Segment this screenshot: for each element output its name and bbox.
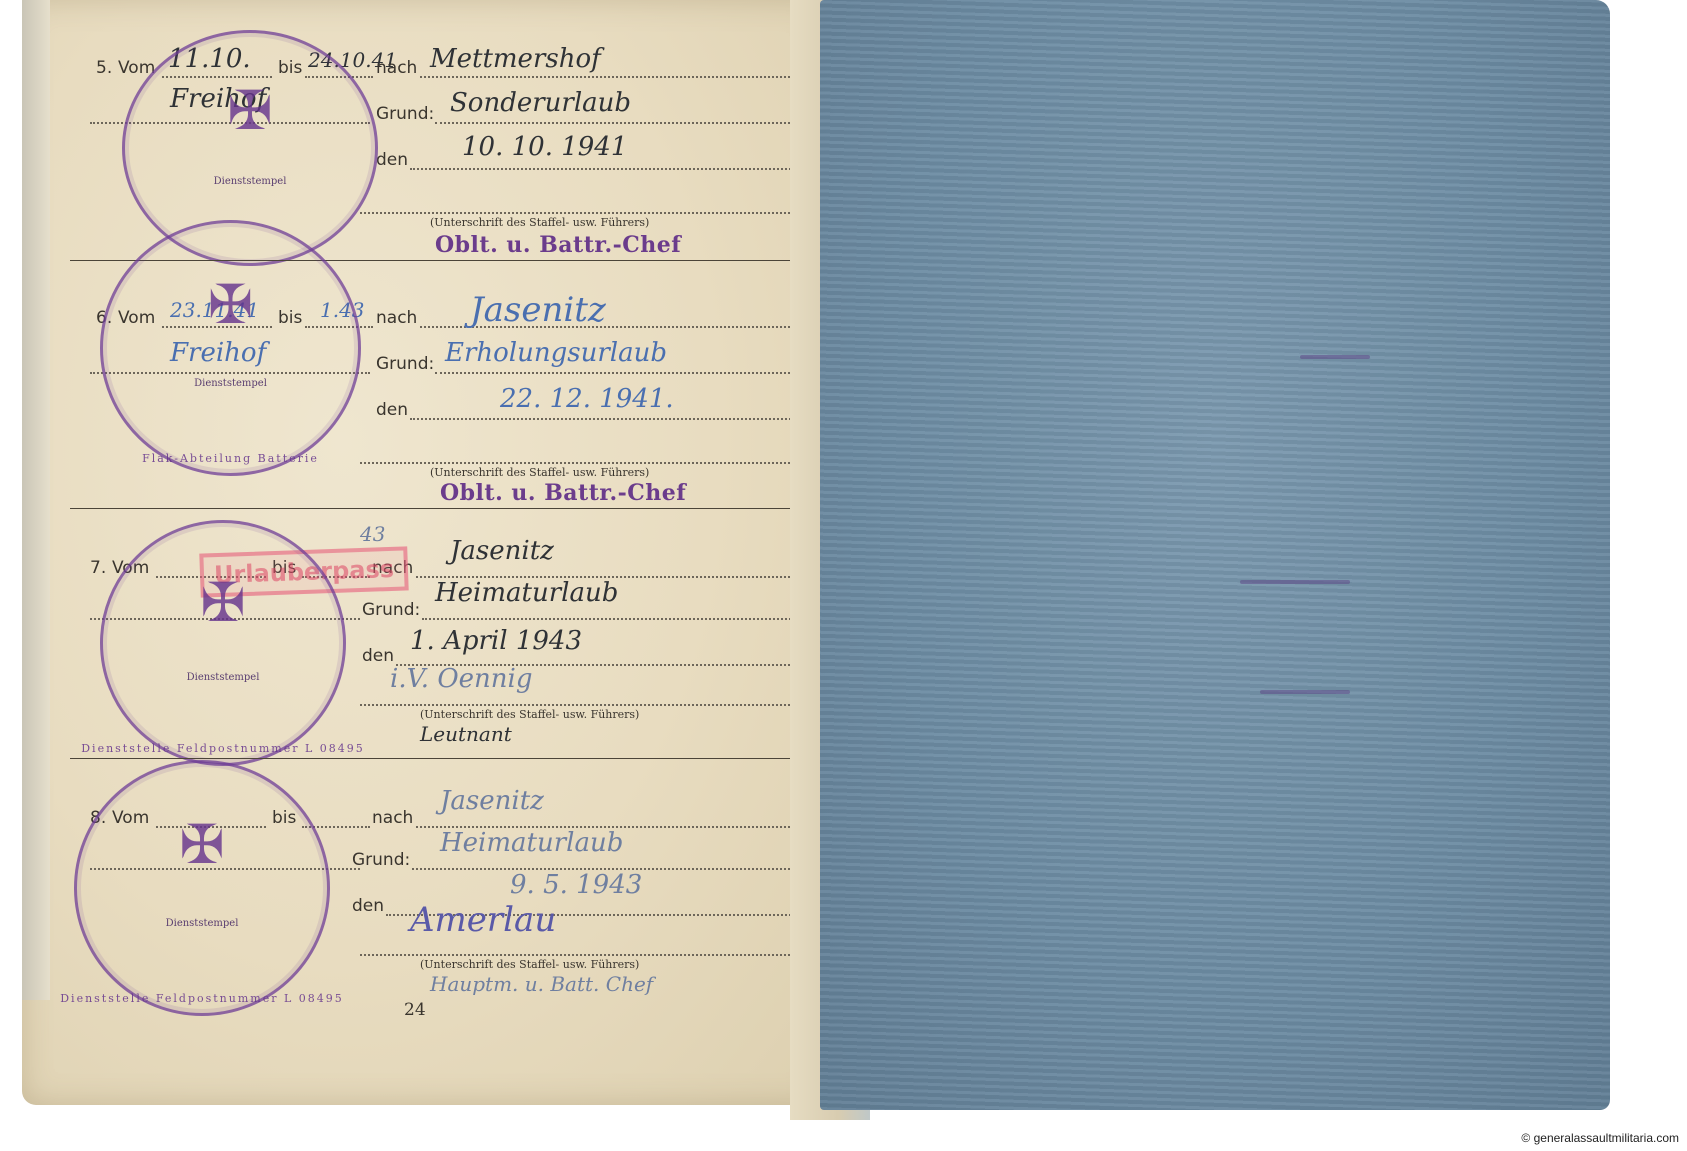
nach-label: nach: [376, 58, 417, 78]
eagle-emblem-icon: ✠: [200, 576, 245, 630]
stamp-caption: Dienststempel: [187, 672, 260, 683]
grund-label: Grund:: [376, 354, 434, 374]
stamp-ring-text: Dienststelle Feldpostnummer L 08495: [81, 742, 365, 755]
signature: i.V. Oennig: [390, 664, 533, 694]
leave-entry-7: 7. Vom bis 43 nach Jasenitz Grund: Heima…: [90, 540, 830, 792]
stamp-ring-text: Flak-Abteilung Batterie: [142, 452, 319, 465]
blue-cover-page: [820, 0, 1610, 1110]
feldpost-stamp: ✠ Dienststempel Dienststelle Feldpostnum…: [74, 760, 330, 1016]
signature-caption: (Unterschrift des Staffel- usw. Führers): [430, 216, 649, 229]
den-label: den: [376, 400, 408, 420]
den-value: 10. 10. 1941: [462, 132, 627, 162]
grund-value: Sonderurlaub: [450, 88, 631, 118]
entry-number: 7.: [90, 558, 106, 578]
leave-entry-6: 6. Vom 23.11.41 bis 1.43 nach Jasenitz F…: [90, 290, 830, 542]
signature-rank: Leutnant: [420, 722, 512, 746]
eagle-emblem-icon: ✠: [179, 818, 224, 872]
eagle-emblem-icon: ✠: [208, 278, 253, 332]
signature-rank: Hauptm. u. Batt. Chef: [430, 972, 653, 996]
page-edge: [22, 0, 50, 1000]
grund-value: Erholungsurlaub: [445, 338, 667, 368]
den-label: den: [376, 150, 408, 170]
feldpost-stamp: ✠ Dienststempel Dienststelle Feldpostnum…: [100, 520, 346, 766]
copyright-watermark: © generalassaultmilitaria.com: [1521, 1131, 1679, 1145]
nach-label: nach: [376, 308, 417, 328]
grund-label: Grund:: [376, 104, 434, 124]
rank-stamp: Oblt. u. Battr.-Chef: [440, 480, 686, 506]
left-page: 5. Vom 11.10. bis 24.10.41 nach Mettmers…: [22, 0, 822, 1105]
grund-label: Grund:: [352, 850, 410, 870]
signature-caption: (Unterschrift des Staffel- usw. Führers): [430, 466, 649, 479]
grund-value: Heimaturlaub: [435, 578, 618, 608]
nach-value: Mettmershof: [430, 44, 601, 74]
nach-value: Jasenitz: [440, 786, 544, 816]
ink-smudge: [1300, 355, 1370, 359]
page-number: 24: [404, 1000, 426, 1020]
divider: [70, 758, 810, 759]
stamp-ring-text: Dienststelle Feldpostnummer L 08495: [60, 992, 344, 1005]
nach-value: Jasenitz: [470, 290, 606, 330]
signature: Amerlau: [410, 900, 556, 940]
bis-value: 43: [360, 522, 385, 546]
den-value: 9. 5. 1943: [510, 870, 642, 900]
leave-entry-8: 8. Vom bis nach Jasenitz Grund: Heimatur…: [90, 790, 830, 1042]
service-stamp: ✠ Dienststempel Flak-Abteilung Batterie: [100, 220, 361, 476]
grund-value: Heimaturlaub: [440, 828, 623, 858]
ink-smudge: [1240, 580, 1350, 584]
ink-smudge: [1260, 690, 1350, 694]
divider: [70, 508, 810, 509]
eagle-emblem-icon: ✠: [227, 84, 272, 138]
nach-value: Jasenitz: [450, 536, 554, 566]
stamp-caption: Dienststempel: [166, 918, 239, 929]
grund-label: Grund:: [362, 600, 420, 620]
stamp-caption: Dienststempel: [214, 176, 287, 187]
den-label: den: [352, 896, 384, 916]
den-value: 1. April 1943: [410, 626, 582, 656]
stamp-caption: Dienststempel: [194, 378, 267, 389]
entry-number: 5.: [96, 58, 112, 78]
nach-label: nach: [372, 808, 413, 828]
den-label: den: [362, 646, 394, 666]
rank-stamp: Oblt. u. Battr.-Chef: [435, 232, 681, 258]
signature-caption: (Unterschrift des Staffel- usw. Führers): [420, 708, 639, 721]
den-value: 22. 12. 1941.: [500, 384, 674, 414]
signature-caption: (Unterschrift des Staffel- usw. Führers): [420, 958, 639, 971]
